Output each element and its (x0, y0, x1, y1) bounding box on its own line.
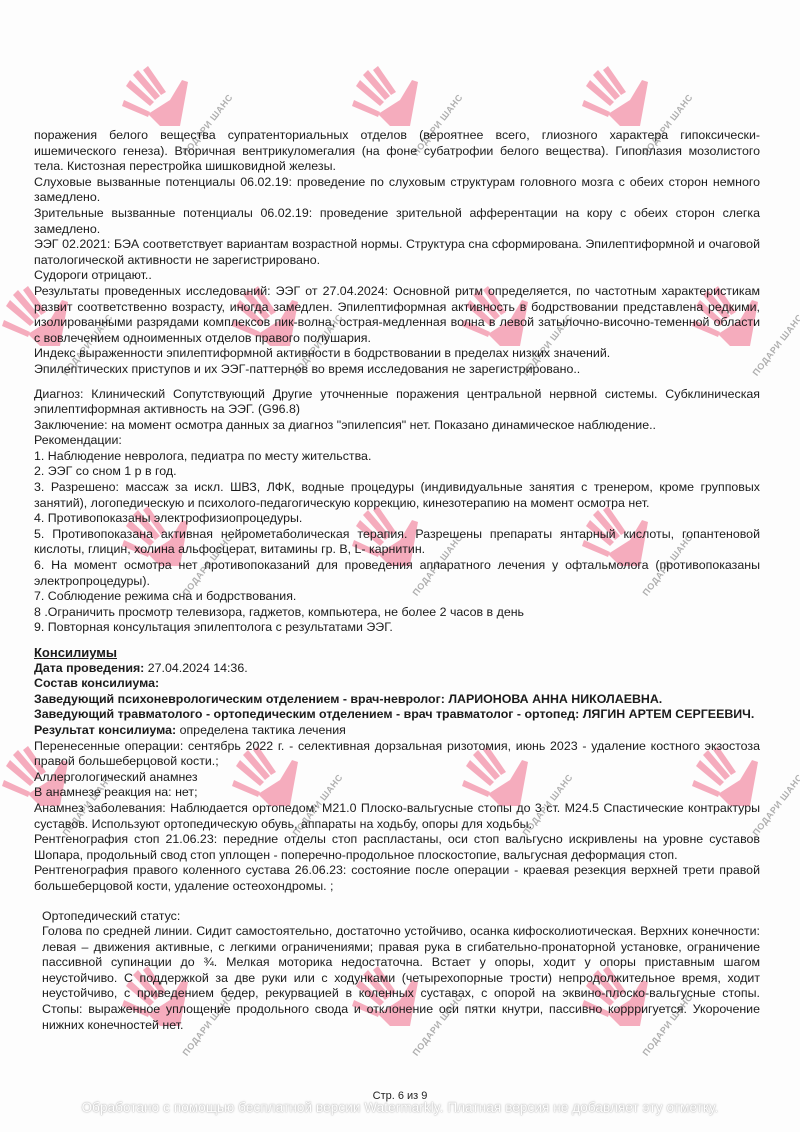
council-allergy: В анамнезе реакция на: нет; (34, 785, 760, 801)
council-member: Заведующий травматолого - ортопедическим… (34, 707, 760, 723)
paragraph-auditory-potentials: Слуховые вызванные потенциалы 06.02.19: … (34, 175, 760, 206)
document-page: ПОДАРИ ШАНСПОДАРИ ШАНСПОДАРИ ШАНСПОДАРИ … (0, 0, 800, 1132)
council-xray-feet: Рентгенография стоп 21.06.23: передние о… (34, 832, 760, 863)
recommendation-item: 9. Повторная консультация эпилептолога с… (34, 620, 760, 636)
paragraph-eeg-2024: Результаты проведенных исследований: ЭЭГ… (34, 284, 760, 346)
council-surgeries: Перенесенные операции: сентябрь 2022 г. … (34, 739, 760, 770)
ortho-status-section: Ортопедический статус: Голова по средней… (34, 909, 760, 1034)
council-section: Консилиумы Дата проведения: 27.04.2024 1… (34, 645, 760, 895)
council-date-value: 27.04.2024 14:36. (144, 661, 247, 675)
recommendation-item: 3. Разрешено: массаж за искл. ШВЗ, ЛФК, … (34, 480, 760, 511)
recommendation-item: 7. Соблюдение режима сна и бодрствования… (34, 589, 760, 605)
council-date: Дата проведения: 27.04.2024 14:36. (34, 661, 760, 677)
ortho-status-text: Голова по средней линии. Сидит самостоят… (42, 924, 760, 1033)
diagnosis: Диагноз: Клинический Сопутствующий Други… (34, 387, 760, 418)
document-body: поражения белого вещества супратенториал… (34, 128, 760, 1033)
paragraph-mri: поражения белого вещества супратенториал… (34, 128, 760, 175)
conclusion: Заключение: на момент осмотра данных за … (34, 418, 760, 434)
recommendation-item: 2. ЭЭГ со сном 1 р в год. (34, 464, 760, 480)
recommendation-item: 1. Наблюдение невролога, педиатра по мес… (34, 449, 760, 465)
paragraph-eeg-2021: ЭЭГ 02.2021: БЭА соответствует вариантам… (34, 237, 760, 268)
paragraph-eeg-index: Индекс выраженности эпилептиформной акти… (34, 346, 760, 362)
council-result: Результат консилиума: определена тактика… (34, 723, 760, 739)
council-result-label: Результат консилиума: (34, 723, 176, 737)
recommendation-item: 4. Противопоказаны электрофизиопроцедуры… (34, 511, 760, 527)
council-allergy-title: Аллергологический анамнез (34, 770, 760, 786)
paragraph-seizures: Судороги отрицают.. (34, 268, 760, 284)
recommendations-list: 1. Наблюдение невролога, педиатра по мес… (34, 449, 760, 636)
council-title: Консилиумы (34, 645, 760, 661)
council-date-label: Дата проведения: (34, 661, 144, 675)
recommendations-title: Рекомендации: (34, 433, 760, 449)
watermark-banner: Обработано с помощью бесплатной версии W… (0, 1100, 800, 1115)
recommendation-item: 5. Противопоказана активная нейрометабол… (34, 527, 760, 558)
council-anamnesis: Анамнез заболевания: Наблюдается ортопед… (34, 801, 760, 832)
council-result-value: определена тактика лечения (176, 723, 346, 737)
council-composition-label: Состав консилиума: (34, 676, 760, 692)
council-xray-knee: Рентгенография правого коленного сустава… (34, 863, 760, 894)
paragraph-visual-potentials: Зрительные вызванные потенциалы 06.02.19… (34, 206, 760, 237)
ortho-status-title: Ортопедический статус: (42, 909, 760, 925)
paragraph-eeg-no-seizures: Эпилептических приступов и их ЭЭГ-паттер… (34, 362, 760, 378)
council-member: Заведующий психоневрологическим отделени… (34, 692, 760, 708)
recommendation-item: 8 .Ограничить просмотр телевизора, гадже… (34, 605, 760, 621)
recommendation-item: 6. На момент осмотра нет противопоказани… (34, 558, 760, 589)
